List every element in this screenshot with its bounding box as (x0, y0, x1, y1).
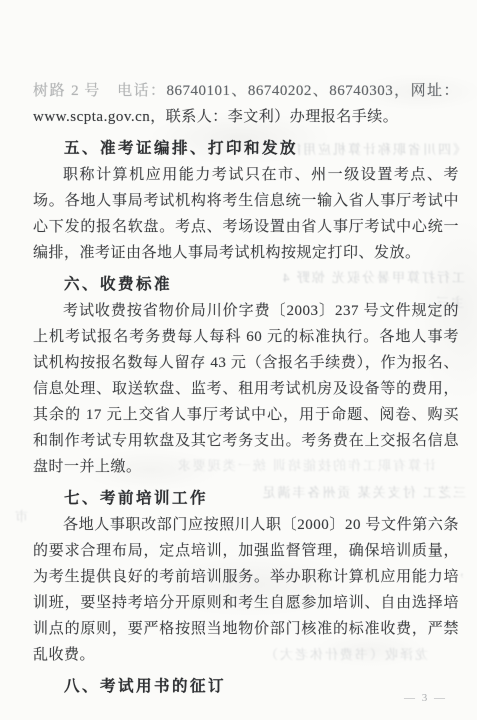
section-paragraph-7: 各地人事职改部门应按照川人职〔2000〕20 号文件第六条的要求合理布局，定点培… (33, 512, 459, 668)
section-paragraph-5: 职称计算机应用能力考试只在市、州一级设置考点、考场。各地人事局考试机构将考生信息… (33, 162, 459, 266)
section-paragraph-6: 考试收费按省物价局川价字费〔2003〕237 号文件规定的上机考试报名考务费每人… (33, 298, 459, 480)
section-heading-7: 七、考前培训工作 (33, 486, 459, 512)
section-heading-8: 八、考试用书的征订 (33, 674, 459, 700)
section-heading-5: 五、准考证编排、打印和发放 (33, 136, 459, 162)
section-heading-6: 六、收费标准 (33, 272, 459, 298)
phone-numbers-text: 86740101、86740202、86740303，网址： (166, 83, 459, 99)
document-body: 树路 2 号 电话：86740101、86740202、86740303，网址：… (33, 78, 459, 700)
bleedthrough-text: 市 (2, 506, 28, 525)
page-number: — 3 — (404, 692, 447, 704)
scanned-document-page: 《四川省职称计算机应用能 工行打算甲暑分驭光 惊野 4402 主三 计算有职工作… (0, 0, 477, 720)
faded-address-text: 树路 2 号 电话： (33, 83, 166, 99)
paragraph-contact-continuation: 树路 2 号 电话：86740101、86740202、86740303，网址：… (33, 78, 459, 130)
website-contact-text: www.scpta.gov.cn，联系人：李文利）办理报名手续。 (33, 109, 398, 125)
